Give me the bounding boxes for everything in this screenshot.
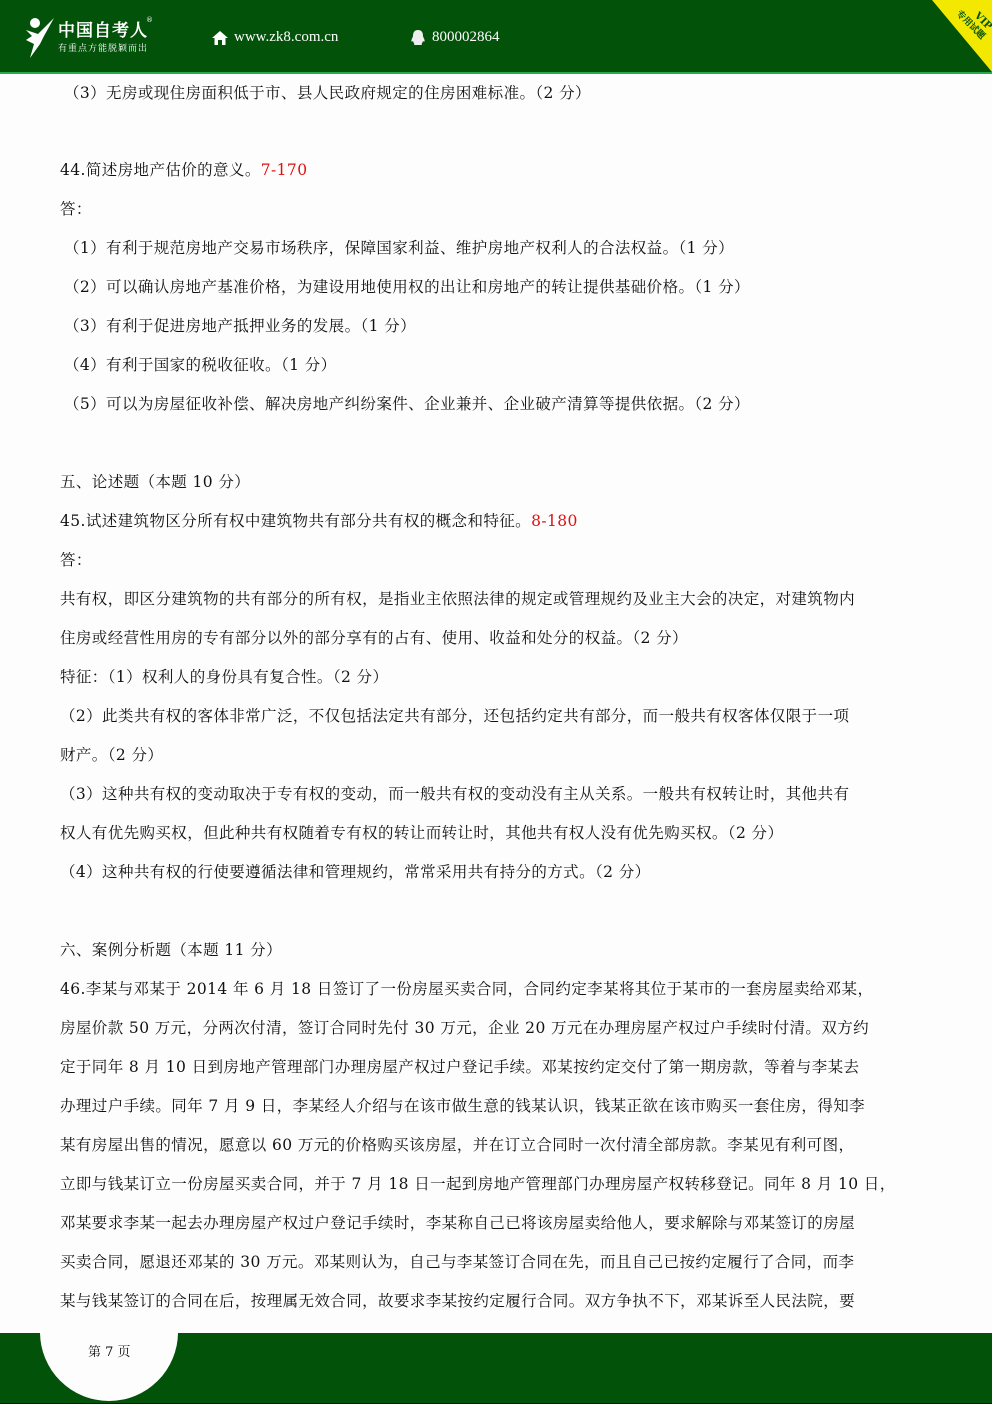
line-text: 权人有优先购买权，但此种共有权随着专有权的转让而转让时，其他共有权人没有优先购买… bbox=[60, 824, 783, 842]
qq-number: 800002864 bbox=[432, 29, 500, 46]
text-line: 买卖合同，愿退还邓某的 30 万元。邓某则认为，自己与李某签订合同在先，而且自己… bbox=[60, 1252, 854, 1272]
qq-contact[interactable]: 800002864 bbox=[410, 29, 500, 46]
line-text: （3）这种共有权的变动取决于专有权的变动，而一般共有权的变动没有主从关系。一般共… bbox=[60, 785, 849, 803]
line-text: 办理过户手续。同年 7 月 9 日，李某经人介绍与在该市做生意的钱某认识，钱某正… bbox=[60, 1097, 865, 1115]
text-line: 住房或经营性用房的专有部分以外的部分享有的占有、使用、收益和处分的权益。（2 分… bbox=[60, 628, 688, 648]
text-line: 办理过户手续。同年 7 月 9 日，李某经人介绍与在该市做生意的钱某认识，钱某正… bbox=[60, 1096, 865, 1116]
website-link[interactable]: www.zk8.com.cn bbox=[212, 29, 338, 46]
line-text: 答： bbox=[60, 551, 92, 569]
line-text: （2）此类共有权的客体非常广泛，不仅包括法定共有部分，还包括约定共有部分，而一般… bbox=[60, 707, 849, 725]
text-line: 45.试述建筑物区分所有权中建筑物共有部分共有权的概念和特征。8-180 bbox=[60, 511, 578, 531]
logo-title: 中国自考人 bbox=[58, 16, 148, 41]
page-footer: 第 7 页 bbox=[0, 1333, 992, 1404]
text-line: 五、论述题（本题 10 分） bbox=[60, 472, 250, 492]
text-line: 财产。（2 分） bbox=[60, 745, 163, 765]
text-line: （5）可以为房屋征收补偿、解决房地产纠纷案件、企业兼并、企业破产清算等提供依据。… bbox=[64, 394, 750, 414]
text-line: （4）有利于国家的税收征收。（1 分） bbox=[64, 355, 337, 375]
line-text: 住房或经营性用房的专有部分以外的部分享有的占有、使用、收益和处分的权益。（2 分… bbox=[60, 629, 688, 647]
textbook-reference: 8-180 bbox=[531, 512, 578, 530]
page-number: 第 7 页 bbox=[88, 1341, 131, 1360]
text-line: 某有房屋出售的情况，愿意以 60 万元的价格购买该房屋，并在订立合同时一次付清全… bbox=[60, 1135, 854, 1155]
text-line: （3）无房或现住房面积低于市、县人民政府规定的住房困难标准。（2 分） bbox=[64, 83, 591, 103]
line-text: 房屋价款 50 万元，分两次付清，签订合同时先付 30 万元，企业 20 万元在… bbox=[60, 1019, 869, 1037]
line-text: 六、案例分析题（本题 11 分） bbox=[60, 941, 282, 959]
line-text: （4）这种共有权的行使要遵循法律和管理规约，常常采用共有持分的方式。（2 分） bbox=[60, 863, 651, 881]
site-header: 中国自考人 ® 有重点方能脱颖而出 www.zk8.com.cn 8000028… bbox=[0, 0, 992, 74]
line-text: 某与钱某签订的合同在后，按理属无效合同，故要求李某按约定履行合同。双方争执不下，… bbox=[60, 1292, 855, 1310]
text-line: （4）这种共有权的行使要遵循法律和管理规约，常常采用共有持分的方式。（2 分） bbox=[60, 862, 651, 882]
text-line: 44.简述房地产估价的意义。7-170 bbox=[60, 160, 307, 180]
line-text: （2）可以确认房地产基准价格，为建设用地使用权的出让和房地产的转让提供基础价格。… bbox=[64, 278, 750, 296]
line-text: 财产。（2 分） bbox=[60, 746, 163, 764]
text-line: 房屋价款 50 万元，分两次付清，签订合同时先付 30 万元，企业 20 万元在… bbox=[60, 1018, 869, 1038]
line-text: 立即与钱某订立一份房屋买卖合同，并于 7 月 18 日一起到房地产管理部门办理房… bbox=[60, 1175, 896, 1193]
text-line: 答： bbox=[60, 199, 92, 219]
text-line: 定于同年 8 月 10 日到房地产管理部门办理房屋产权过户登记手续。邓某按约定交… bbox=[60, 1057, 859, 1077]
line-text: 某有房屋出售的情况，愿意以 60 万元的价格购买该房屋，并在订立合同时一次付清全… bbox=[60, 1136, 854, 1154]
running-figure-logo-icon bbox=[22, 14, 56, 60]
site-logo[interactable]: 中国自考人 ® 有重点方能脱颖而出 bbox=[22, 12, 162, 62]
line-text: 44.简述房地产估价的意义。 bbox=[60, 161, 261, 179]
line-text: （1）有利于规范房地产交易市场秩序，保障国家利益、维护房地产权利人的合法权益。（… bbox=[64, 239, 734, 257]
line-text: 46.李某与邓某于 2014 年 6 月 18 日签订了一份房屋买卖合同，合同约… bbox=[60, 980, 873, 998]
text-line: 权人有优先购买权，但此种共有权随着专有权的转让而转让时，其他共有权人没有优先购买… bbox=[60, 823, 783, 843]
text-line: （2）可以确认房地产基准价格，为建设用地使用权的出让和房地产的转让提供基础价格。… bbox=[64, 277, 750, 297]
qq-penguin-icon bbox=[410, 30, 426, 46]
text-line: 六、案例分析题（本题 11 分） bbox=[60, 940, 282, 960]
logo-tagline: 有重点方能脱颖而出 bbox=[58, 41, 148, 54]
line-text: （4）有利于国家的税收征收。（1 分） bbox=[64, 356, 337, 374]
home-icon bbox=[212, 31, 228, 45]
line-text: 共有权，即区分建筑物的共有部分的所有权，是指业主依照法律的规定或管理规约及业主大… bbox=[60, 590, 855, 608]
line-text: 答： bbox=[60, 200, 92, 218]
line-text: （3）无房或现住房面积低于市、县人民政府规定的住房困难标准。（2 分） bbox=[64, 84, 591, 102]
text-line: 46.李某与邓某于 2014 年 6 月 18 日签订了一份房屋买卖合同，合同约… bbox=[60, 979, 873, 999]
text-line: （3）有利于促进房地产抵押业务的发展。（1 分） bbox=[64, 316, 416, 336]
text-line: （3）这种共有权的变动取决于专有权的变动，而一般共有权的变动没有主从关系。一般共… bbox=[60, 784, 849, 804]
textbook-reference: 7-170 bbox=[261, 161, 308, 179]
text-line: 邓某要求李某一起去办理房屋产权过户登记手续时，李某称自己已将该房屋卖给他人，要求… bbox=[60, 1213, 855, 1233]
line-text: 45.试述建筑物区分所有权中建筑物共有部分共有权的概念和特征。 bbox=[60, 512, 531, 530]
line-text: 特征：（1）权利人的身份具有复合性。（2 分） bbox=[60, 668, 388, 686]
text-line: 共有权，即区分建筑物的共有部分的所有权，是指业主依照法律的规定或管理规约及业主大… bbox=[60, 589, 855, 609]
registered-mark: ® bbox=[146, 16, 153, 24]
line-text: 五、论述题（本题 10 分） bbox=[60, 473, 250, 491]
line-text: 邓某要求李某一起去办理房屋产权过户登记手续时，李某称自己已将该房屋卖给他人，要求… bbox=[60, 1214, 855, 1232]
text-line: 立即与钱某订立一份房屋买卖合同，并于 7 月 18 日一起到房地产管理部门办理房… bbox=[60, 1174, 896, 1194]
line-text: 定于同年 8 月 10 日到房地产管理部门办理房屋产权过户登记手续。邓某按约定交… bbox=[60, 1058, 859, 1076]
line-text: （3）有利于促进房地产抵押业务的发展。（1 分） bbox=[64, 317, 416, 335]
text-line: （1）有利于规范房地产交易市场秩序，保障国家利益、维护房地产权利人的合法权益。（… bbox=[64, 238, 734, 258]
line-text: （5）可以为房屋征收补偿、解决房地产纠纷案件、企业兼并、企业破产清算等提供依据。… bbox=[64, 395, 750, 413]
text-line: 答： bbox=[60, 550, 92, 570]
text-line: 特征：（1）权利人的身份具有复合性。（2 分） bbox=[60, 667, 388, 687]
line-text: 买卖合同，愿退还邓某的 30 万元。邓某则认为，自己与李某签订合同在先，而且自己… bbox=[60, 1253, 854, 1271]
text-line: 某与钱某签订的合同在后，按理属无效合同，故要求李某按约定履行合同。双方争执不下，… bbox=[60, 1291, 855, 1311]
text-line: （2）此类共有权的客体非常广泛，不仅包括法定共有部分，还包括约定共有部分，而一般… bbox=[60, 706, 849, 726]
vip-corner-badge: VIP 专用试题 bbox=[916, 0, 992, 72]
website-url: www.zk8.com.cn bbox=[234, 29, 338, 46]
